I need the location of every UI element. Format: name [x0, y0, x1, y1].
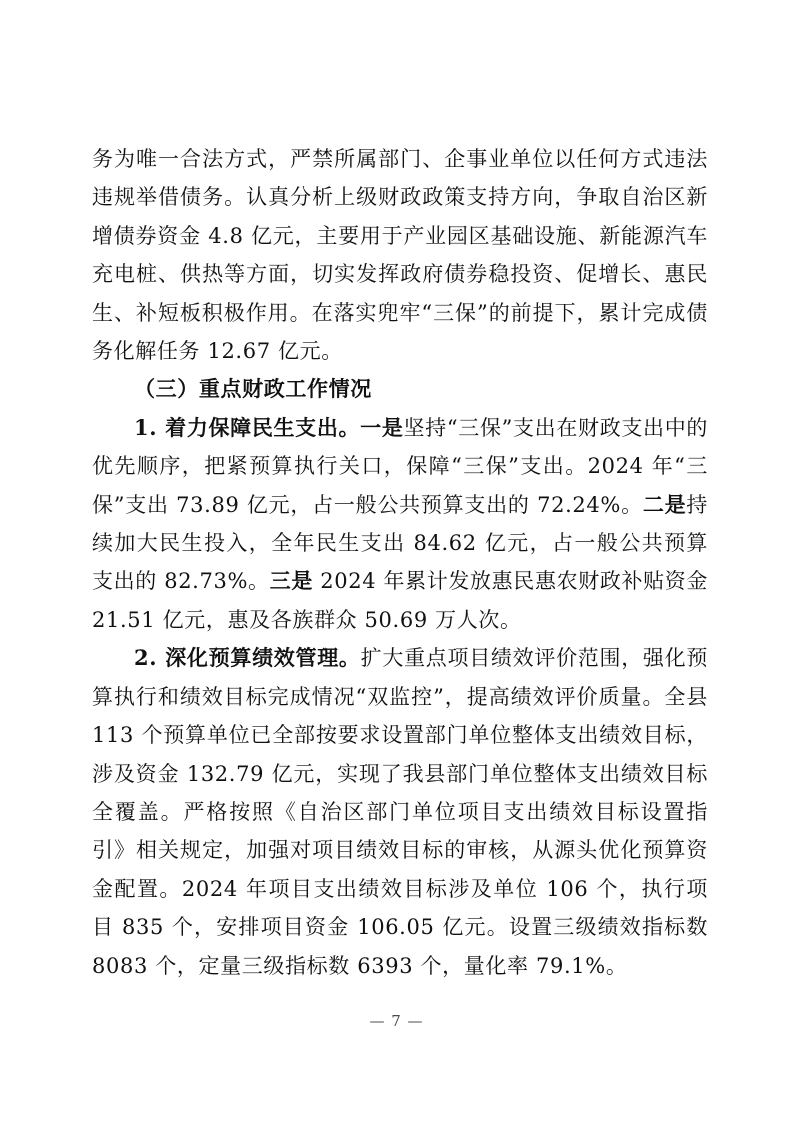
document-page: 务为唯一合法方式，严禁所属部门、企事业单位以任何方式违法违规举借债务。认真分析上… [0, 0, 793, 1122]
text-run-bold: 三是 [270, 568, 313, 593]
paragraph-livelihood-spending: 1. 着力保障民生支出。一是坚持“三保”支出在财政支出中的优先顺序，把紧预算执行… [92, 409, 708, 639]
text-run-bold: 2. 深化预算绩效管理。 [134, 645, 361, 670]
document-body: 务为唯一合法方式，严禁所属部门、企事业单位以任何方式违法违规举借债务。认真分析上… [92, 140, 708, 985]
paragraph-continuation: 务为唯一合法方式，严禁所属部门、企事业单位以任何方式违法违规举借债务。认真分析上… [92, 140, 708, 370]
text-run: （三）重点财政工作情况 [134, 376, 372, 401]
text-run-bold: 1. 着力保障民生支出。一是 [134, 415, 404, 440]
text-run-bold: 二是 [643, 492, 687, 517]
paragraph-budget-performance: 2. 深化预算绩效管理。扩大重点项目绩效评价范围，强化预算执行和绩效目标完成情况… [92, 639, 708, 985]
section-heading: （三）重点财政工作情况 [92, 370, 708, 408]
text-run: 务为唯一合法方式，严禁所属部门、企事业单位以任何方式违法违规举借债务。认真分析上… [92, 147, 708, 363]
text-run: 扩大重点项目绩效评价范围，强化预算执行和绩效目标完成情况“双监控”，提高绩效评价… [92, 646, 708, 977]
page-number: — 7 — [0, 1010, 793, 1032]
